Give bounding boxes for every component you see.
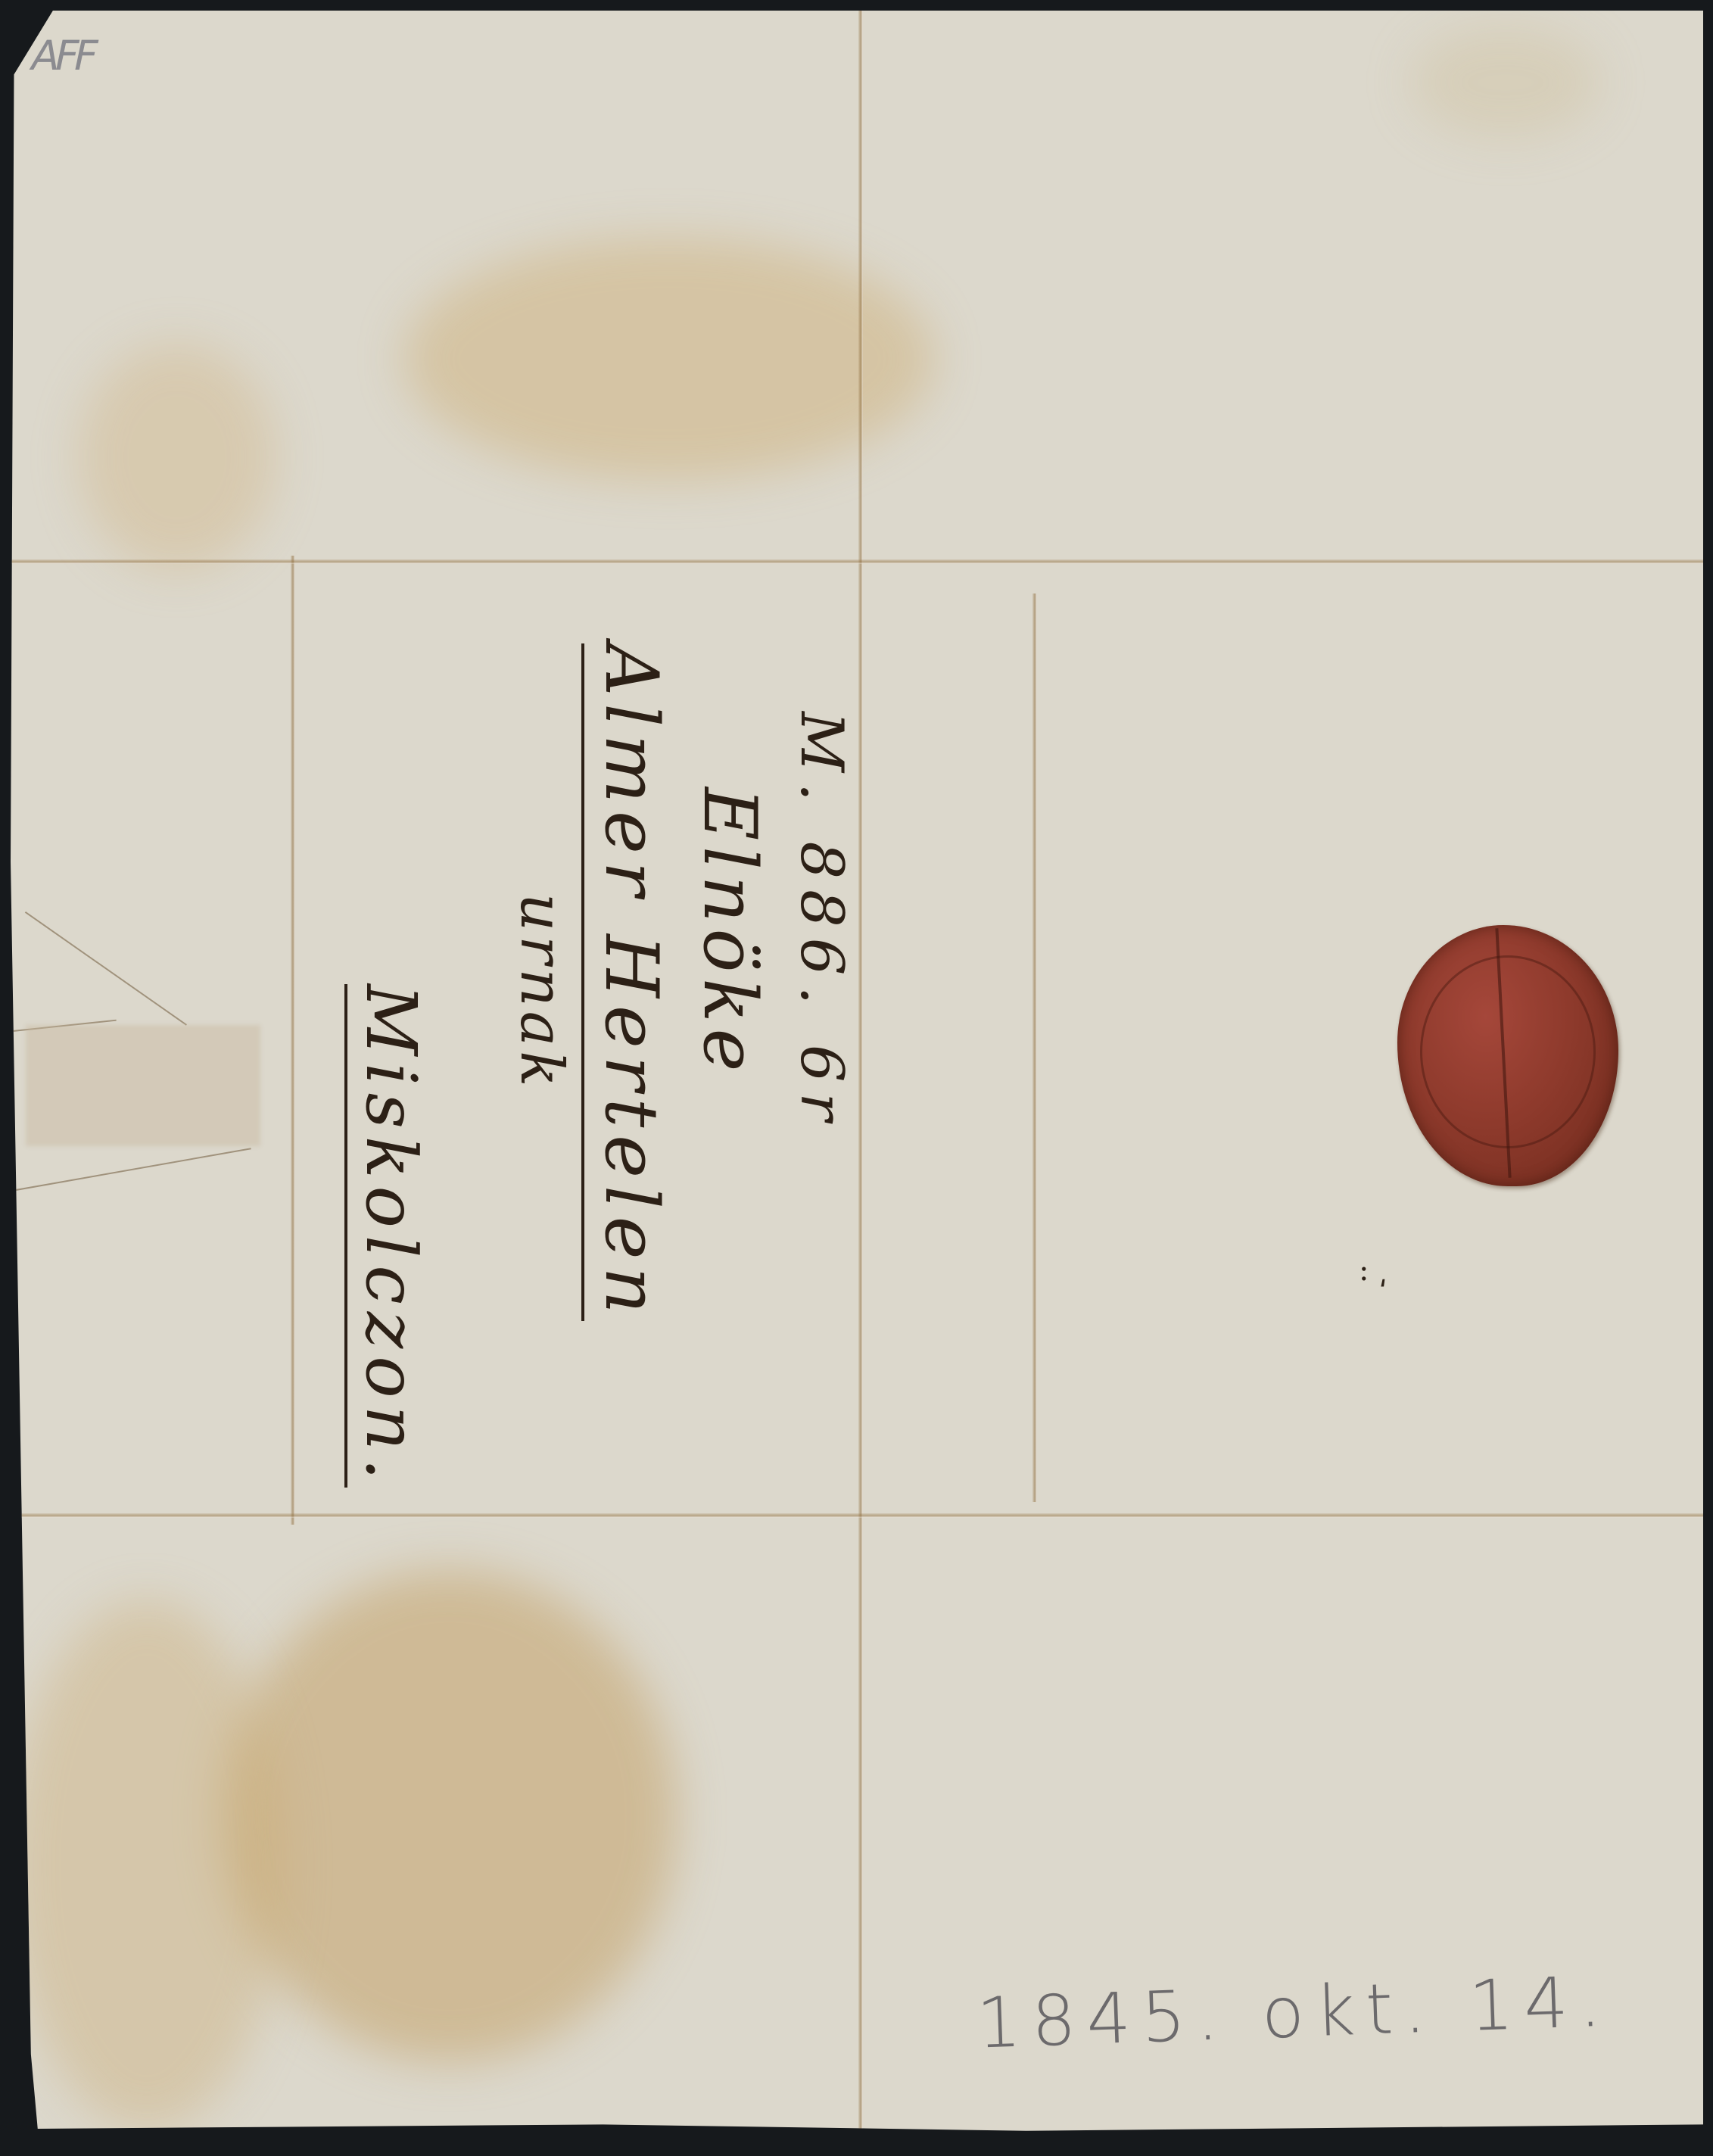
fold-crease — [858, 11, 863, 2139]
fold-crease — [11, 1513, 1703, 1518]
water-stain — [11, 1600, 283, 2130]
address-destination: Miskolczon. — [344, 984, 431, 1488]
address-reference-number: M. 886. 6r — [787, 712, 855, 1132]
address-title: Elnöke — [687, 787, 772, 1077]
address-recipient-name: Almer Hertelen — [581, 643, 674, 1321]
water-stain — [79, 344, 276, 571]
paper-tear — [12, 1148, 251, 1192]
water-stain — [404, 238, 934, 480]
fold-crease — [291, 556, 295, 1525]
water-stain — [1411, 26, 1600, 139]
repaired-patch — [26, 1025, 260, 1146]
ink-marks: : ͵ — [1359, 1253, 1387, 1288]
fold-crease — [1032, 594, 1037, 1502]
water-stain — [223, 1570, 677, 2062]
archive-corner-mark: AFF — [26, 32, 98, 79]
fold-crease — [11, 559, 1703, 564]
address-honorific: urnak — [507, 893, 575, 1092]
paper-tear — [25, 911, 187, 1026]
